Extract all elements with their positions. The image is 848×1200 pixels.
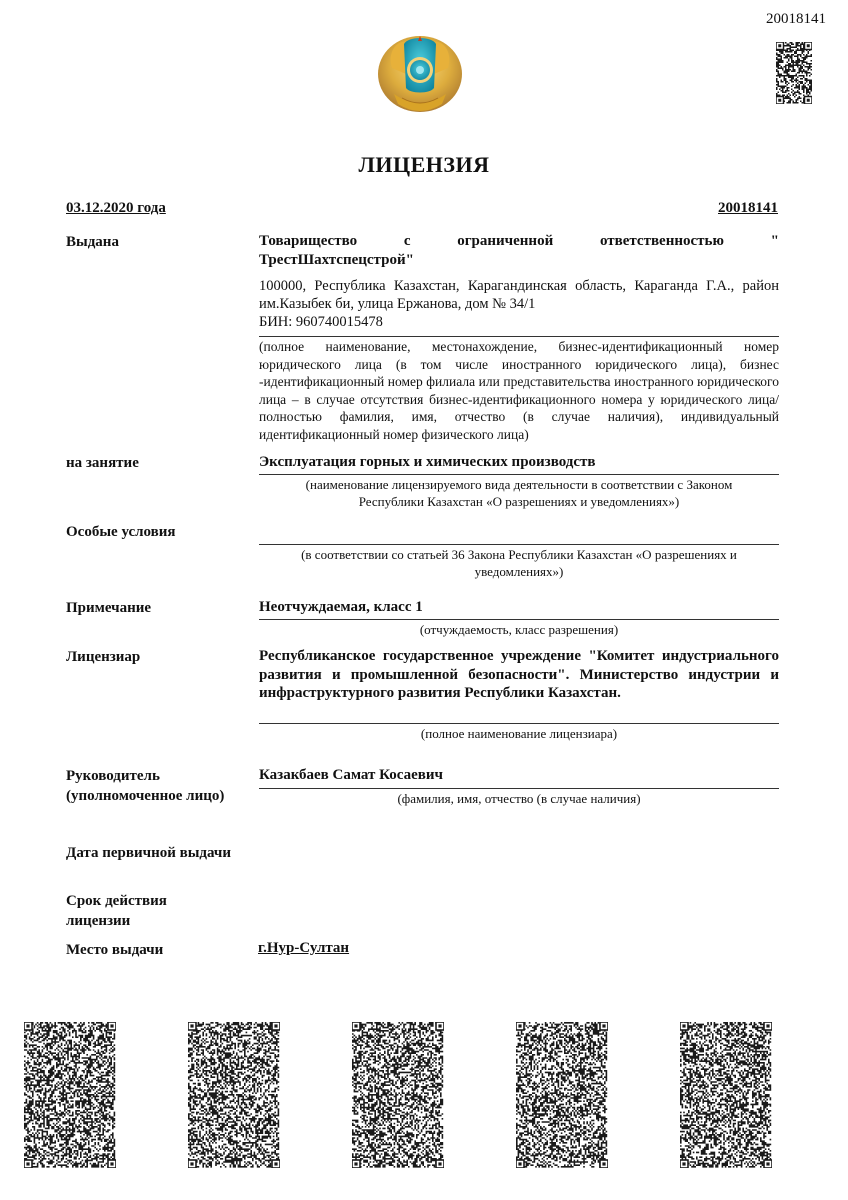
licensee-name: Товарищество с ограниченной ответственно… [259,232,779,270]
head-label: Руководитель (уполномоченное лицо) [66,766,224,806]
special-conditions-rule [259,544,779,545]
licensor-value: Республиканское государственное учрежден… [259,647,779,703]
note-rule [259,619,779,620]
note-hint: (отчуждаемость, класс разрешения) [259,621,779,638]
licensee-name-line2: ТрестШахтспецстрой" [259,251,779,270]
special-conditions-hint: (в соответствии со статьей 36 Закона Рес… [259,546,779,580]
qr-code-icon [516,1022,608,1168]
activity-hint: (наименование лицензируемого вида деятел… [259,476,779,510]
validity-label: Срок действия лицензии [66,891,167,931]
license-number: 20018141 [718,200,778,217]
licensee-bin: БИН: 960740015478 [259,313,779,332]
licensee-name-line1: Товарищество с ограниченной ответственно… [259,232,779,251]
licensor-label: Лицензиар [66,647,140,667]
head-rule [259,788,779,789]
qr-code-icon [680,1022,772,1168]
state-emblem-icon [372,28,468,116]
issued-to-rule [259,336,779,337]
note-label: Примечание [66,598,151,618]
licensee-address: 100000, Республика Казахстан, Карагандин… [259,277,779,313]
activity-value: Эксплуатация горных и химических произво… [259,453,779,472]
document-corner-number: 20018141 [766,11,826,28]
head-value: Казакбаев Самат Косаевич [259,766,779,785]
document-title: ЛИЦЕНЗИЯ [0,152,848,178]
qr-code-icon [776,42,812,104]
issue-date: 03.12.2020 года [66,200,166,217]
licensor-rule [259,723,779,724]
validity-label-line2: лицензии [66,911,167,931]
qr-code-icon [188,1022,280,1168]
head-label-line1: Руководитель [66,766,224,786]
qr-code-strip [0,1022,848,1167]
first-issue-date-label: Дата первичной выдачи [66,843,231,863]
place-of-issue-value: г.Нур-Султан [258,940,349,957]
head-hint: (фамилия, имя, отчество (в случае наличи… [259,790,779,807]
activity-label: на занятие [66,453,139,473]
place-of-issue-label: Место выдачи [66,940,163,960]
licensor-hint: (полное наименование лицензиара) [259,725,779,742]
special-conditions-label: Особые условия [66,522,176,542]
qr-code-icon [352,1022,444,1168]
issued-to-hint: (полное наименование, местонахождение, б… [259,338,779,443]
validity-label-line1: Срок действия [66,891,167,911]
activity-rule [259,474,779,475]
issued-to-label: Выдана [66,232,119,252]
note-value: Неотчуждаемая, класс 1 [259,598,779,617]
head-label-line2: (уполномоченное лицо) [66,786,224,806]
qr-code-icon [24,1022,116,1168]
